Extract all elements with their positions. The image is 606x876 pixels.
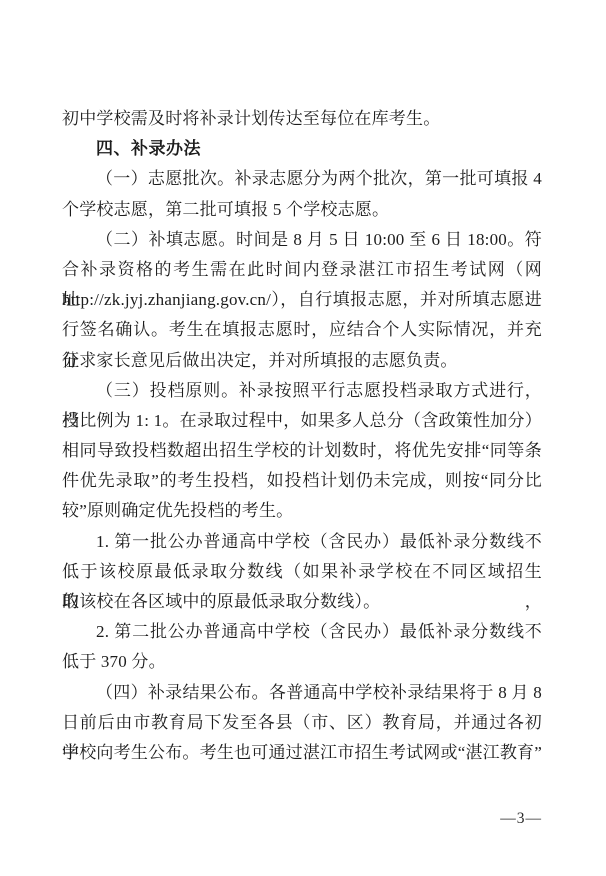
doc-line: 相同导致投档数超出招生学校的计划数时，将优先安排“同等条 — [62, 436, 542, 466]
doc-line: 初中学校需及时将补录计划传达至每位在库考生。 — [62, 104, 542, 134]
doc-line: 1. 第一批公办普通高中学校（含民办）最低补录分数线不 — [62, 527, 542, 557]
page-number: —3— — [500, 810, 542, 828]
doc-line: 档比例为 1: 1。在录取过程中，如果多人总分（含政策性加分） — [62, 406, 542, 436]
document-lines: 初中学校需及时将补录计划传达至每位在库考生。四、补录办法（一）志愿批次。补录志愿… — [62, 104, 542, 768]
doc-line: （三）投档原则。补录按照平行志愿投档录取方式进行，投 — [62, 376, 542, 406]
doc-line: 学校向考生公布。考生也可通过湛江市招生考试网或“湛江教育” — [62, 738, 542, 768]
doc-line: 较”原则确定优先投档的考生。 — [62, 496, 542, 526]
section-heading: 四、补录办法 — [62, 134, 542, 164]
document-page: 初中学校需及时将补录计划传达至每位在库考生。四、补录办法（一）志愿批次。补录志愿… — [0, 0, 606, 876]
doc-line: （一）志愿批次。补录志愿分为两个批次，第一批可填报 4 — [62, 164, 542, 194]
doc-line: 行签名确认。考生在填报志愿时，应结合个人实际情况，并充分 — [62, 315, 542, 345]
doc-line: 件优先录取”的考生投档，如投档计划仍未完成，则按“同分比 — [62, 466, 542, 496]
doc-line: 合补录资格的考生需在此时间内登录湛江市招生考试网（网址： — [62, 255, 542, 285]
doc-line: 低于 370 分。 — [62, 647, 542, 677]
doc-line: 日前后由市教育局下发至各县（市、区）教育局，并通过各初中 — [62, 708, 542, 738]
doc-line: 2. 第二批公办普通高中学校（含民办）最低补录分数线不 — [62, 617, 542, 647]
doc-line: （四）补录结果公布。各普通高中学校补录结果将于 8 月 8 — [62, 678, 542, 708]
doc-line: 低于该校原最低录取分数线（如果补录学校在不同区域招生的， — [62, 557, 542, 587]
doc-line: 个学校志愿，第二批可填报 5 个学校志愿。 — [62, 195, 542, 225]
doc-line: 征求家长意见后做出决定，并对所填报的志愿负责。 — [62, 346, 542, 376]
doc-line: http://zk.jyj.zhanjiang.gov.cn/），自行填报志愿，… — [62, 285, 542, 315]
doc-line: （二）补填志愿。时间是 8 月 5 日 10:00 至 6 日 18:00。符 — [62, 225, 542, 255]
